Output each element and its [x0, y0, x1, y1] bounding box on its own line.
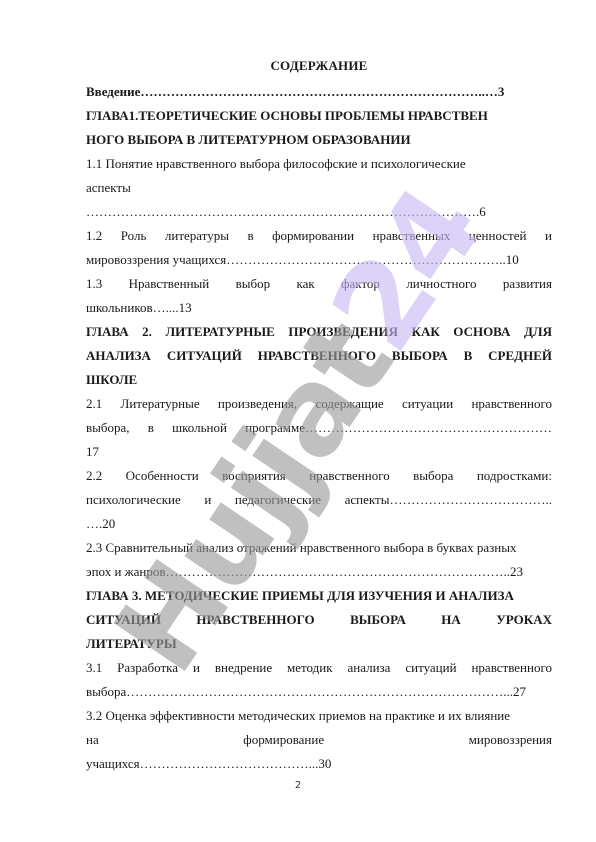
- word: УРОКАХ: [496, 608, 552, 632]
- word: ЛИТЕРАТУРНЫЕ: [165, 320, 274, 344]
- word: 1.2: [86, 224, 102, 248]
- word: 2.2: [86, 464, 102, 488]
- section-title-line: 3.1 Разработка и внедрение методик анали…: [86, 656, 552, 680]
- section-title-line: выбора, в школьной программе…………………………………: [86, 416, 552, 440]
- word: и: [193, 656, 200, 680]
- section-page-leader: эпох и жанров…………………………………………………………………….…: [86, 560, 552, 584]
- word: ценностей: [469, 224, 527, 248]
- toc-chapter-2: ГЛАВА 2. ЛИТЕРАТУРНЫЕ ПРОИЗВЕДЕНИЯ КАК О…: [86, 320, 552, 392]
- word: СИТУАЦИЙ: [167, 344, 242, 368]
- word: психологические: [86, 488, 181, 512]
- word: Особенности: [126, 464, 199, 488]
- word: Литературные: [121, 392, 200, 416]
- section-page-leader: ….20: [86, 512, 552, 536]
- word: нравственного: [471, 392, 552, 416]
- word: в: [247, 224, 253, 248]
- section-title-line: аспекты: [86, 176, 552, 200]
- word: восприятия: [222, 464, 286, 488]
- word: ДЛЯ: [524, 320, 552, 344]
- word: аспекты………………………………..: [345, 488, 552, 512]
- word: школьной: [172, 416, 227, 440]
- word: как: [296, 272, 314, 296]
- word: анализа: [347, 656, 390, 680]
- word: произведения,: [218, 392, 297, 416]
- toc-section-3-2: 3.2 Оценка эффективности методических пр…: [86, 704, 552, 776]
- word: содержащие: [315, 392, 383, 416]
- word: формировании: [272, 224, 354, 248]
- word: Разработка: [117, 656, 178, 680]
- word: 1.3: [86, 272, 102, 296]
- toc-section-1-3: 1.3 Нравственный выбор как фактор личнос…: [86, 272, 552, 320]
- chapter-title-line: ГЛАВА1.ТЕОРЕТИЧЕСКИЕ ОСНОВЫ ПРОБЛЕМЫ НРА…: [86, 104, 552, 128]
- word: ситуаций: [405, 656, 456, 680]
- word: Нравственный: [129, 272, 210, 296]
- section-page-leader: выбора……………………………………………………………………………...27: [86, 680, 552, 704]
- word: нравственного: [309, 464, 390, 488]
- toc-entry-intro: Введение……………………………………………………………………..…3: [86, 80, 552, 104]
- word: СИТУАЦИЙ: [86, 608, 161, 632]
- table-of-contents: СОДЕРЖАНИЕ Введение…………………………………………………………: [86, 56, 552, 776]
- word: на: [86, 728, 99, 752]
- section-title-line: 3.2 Оценка эффективности методических пр…: [86, 704, 552, 728]
- word: ПРОИЗВЕДЕНИЯ: [288, 320, 398, 344]
- section-title-line: 1.1 Понятие нравственного выбора философ…: [86, 152, 552, 176]
- word: педагогические: [235, 488, 321, 512]
- section-page-leader: учащихся…………………………………...30: [86, 752, 552, 776]
- toc-chapter-3: ГЛАВА 3. МЕТОДИЧЕСКИЕ ПРИЕМЫ ДЛЯ ИЗУЧЕНИ…: [86, 584, 552, 656]
- word: подростками:: [477, 464, 552, 488]
- word: 2.: [142, 320, 152, 344]
- chapter-title-line: НОГО ВЫБОРА В ЛИТЕРАТУРНОМ ОБРАЗОВАНИИ: [86, 128, 552, 152]
- section-title-line: 2.2 Особенности восприятия нравственного…: [86, 464, 552, 488]
- word: 3.1: [86, 656, 102, 680]
- document-page: СОДЕРЖАНИЕ Введение…………………………………………………………: [0, 0, 596, 842]
- word: Роль: [121, 224, 147, 248]
- word: развития: [503, 272, 552, 296]
- section-title-line: на формирование мировоззрения: [86, 728, 552, 752]
- page-number: 2: [0, 780, 596, 791]
- word: методик: [287, 656, 333, 680]
- toc-section-3-1: 3.1 Разработка и внедрение методик анали…: [86, 656, 552, 704]
- word: формирование: [243, 728, 324, 752]
- word: НА: [441, 608, 461, 632]
- word: В: [464, 344, 473, 368]
- word: и: [545, 224, 552, 248]
- word: выбор: [236, 272, 271, 296]
- word: фактор: [341, 272, 380, 296]
- word: АНАЛИЗА: [86, 344, 151, 368]
- section-title-line: психологические и педагогические аспекты…: [86, 488, 552, 512]
- toc-section-1-1: 1.1 Понятие нравственного выбора философ…: [86, 152, 552, 224]
- section-page-leader: школьников…....13: [86, 296, 552, 320]
- word: нравственных: [373, 224, 451, 248]
- word: выбора: [413, 464, 453, 488]
- word: литературы: [165, 224, 229, 248]
- word: ВЫБОРА: [392, 344, 448, 368]
- word: 2.1: [86, 392, 102, 416]
- word: ВЫБОРА: [350, 608, 406, 632]
- word: в: [148, 416, 154, 440]
- section-page-leader: 17: [86, 440, 552, 464]
- section-page-leader: мировоззрения учащихся…………………………………………………: [86, 248, 552, 272]
- word: КАК: [412, 320, 440, 344]
- word: выбора,: [86, 416, 130, 440]
- word: ОСНОВА: [453, 320, 510, 344]
- chapter-title-line: АНАЛИЗА СИТУАЦИЙ НРАВСТВЕННОГО ВЫБОРА В …: [86, 344, 552, 368]
- word: программе…………………………………………………: [245, 416, 552, 440]
- word: внедрение: [215, 656, 272, 680]
- word: НРАВСТВЕННОГО: [196, 608, 314, 632]
- toc-title: СОДЕРЖАНИЕ: [86, 56, 552, 76]
- section-title-line: 1.2 Роль литературы в формировании нравс…: [86, 224, 552, 248]
- chapter-title-line: ЛИТЕРАТУРЫ: [86, 632, 552, 656]
- chapter-title-line: ГЛАВА 3. МЕТОДИЧЕСКИЕ ПРИЕМЫ ДЛЯ ИЗУЧЕНИ…: [86, 584, 552, 608]
- word: ГЛАВА: [86, 320, 129, 344]
- word: и: [204, 488, 211, 512]
- section-title-line: 2.1 Литературные произведения, содержащи…: [86, 392, 552, 416]
- section-page-leader: ……………………………………………………………………………….6: [86, 200, 552, 224]
- word: мировоззрения: [469, 728, 552, 752]
- toc-section-2-3: 2.3 Сравнительный анализ отражений нравс…: [86, 536, 552, 584]
- section-title-line: 1.3 Нравственный выбор как фактор личнос…: [86, 272, 552, 296]
- chapter-title-line: ШКОЛЕ: [86, 368, 552, 392]
- toc-section-1-2: 1.2 Роль литературы в формировании нравс…: [86, 224, 552, 272]
- chapter-title-line: ГЛАВА 2. ЛИТЕРАТУРНЫЕ ПРОИЗВЕДЕНИЯ КАК О…: [86, 320, 552, 344]
- section-title-line: 2.3 Сравнительный анализ отражений нравс…: [86, 536, 552, 560]
- word: НРАВСТВЕННОГО: [258, 344, 376, 368]
- word: нравственного: [471, 656, 552, 680]
- word: СРЕДНЕЙ: [488, 344, 552, 368]
- toc-section-2-2: 2.2 Особенности восприятия нравственного…: [86, 464, 552, 536]
- chapter-title-line: СИТУАЦИЙ НРАВСТВЕННОГО ВЫБОРА НА УРОКАХ: [86, 608, 552, 632]
- toc-section-2-1: 2.1 Литературные произведения, содержащи…: [86, 392, 552, 464]
- word: личностного: [406, 272, 476, 296]
- word: ситуации: [402, 392, 453, 416]
- toc-chapter-1: ГЛАВА1.ТЕОРЕТИЧЕСКИЕ ОСНОВЫ ПРОБЛЕМЫ НРА…: [86, 104, 552, 152]
